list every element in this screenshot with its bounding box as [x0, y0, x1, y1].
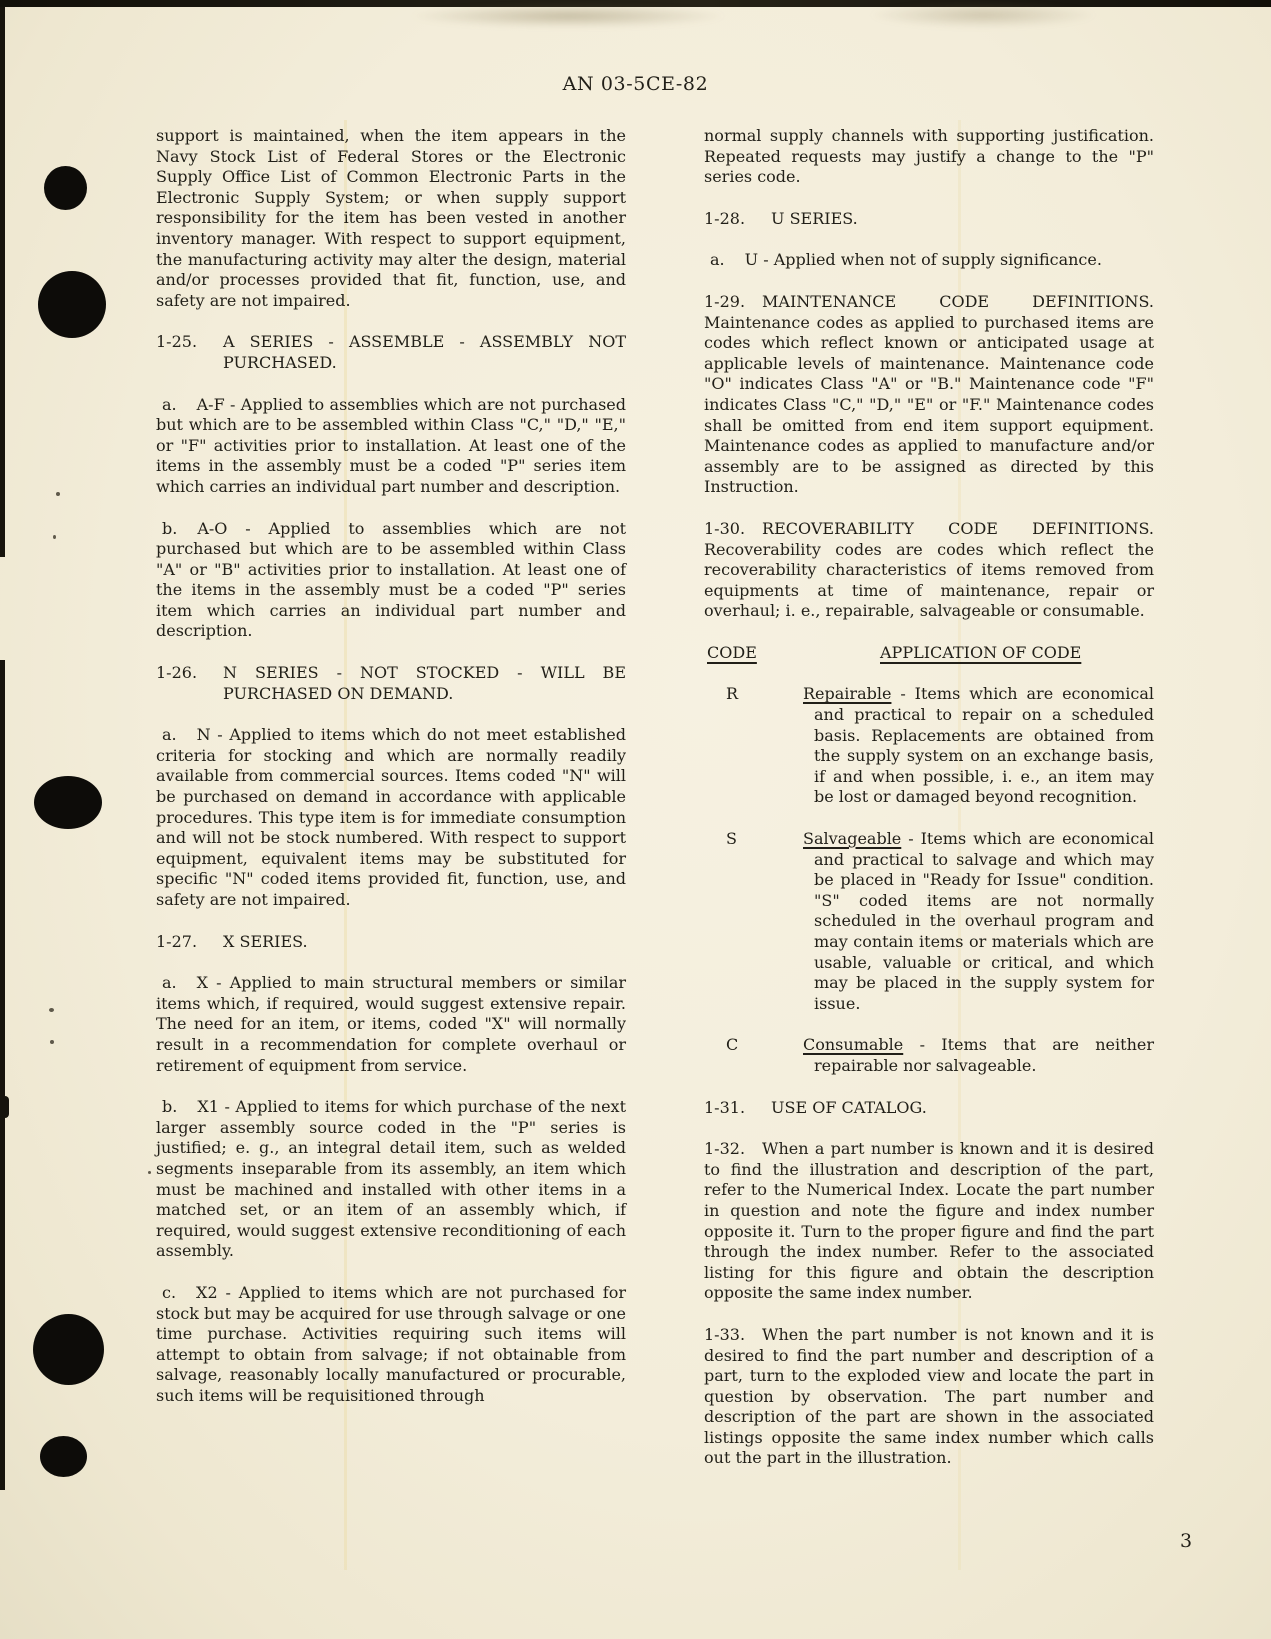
paragraph-label: a. — [162, 395, 177, 414]
scan-speck — [53, 535, 56, 539]
scan-smudge — [408, 4, 728, 28]
paragraph-text: X2 - Applied to items which are not purc… — [156, 1283, 626, 1405]
paragraph-1-33: 1-33.When the part number is not known a… — [704, 1325, 1154, 1469]
paragraph-1-26a: a.N - Applied to items which do not meet… — [156, 725, 626, 910]
code-letter: R — [704, 684, 803, 808]
section-heading-1-31: 1-31.USE OF CATALOG. — [704, 1098, 1154, 1119]
application-column-header: APPLICATION OF CODE — [880, 643, 1081, 664]
paragraph-number: 1-30. — [704, 519, 745, 538]
section-title: U SERIES. — [771, 209, 858, 228]
page-title: AN 03-5CE-82 — [0, 73, 1271, 95]
section-title: N SERIES - NOT STOCKED - WILL BE PURCHAS… — [223, 663, 626, 703]
paragraph-label: c. — [162, 1283, 176, 1302]
paragraph-text: A-O - Applied to assemblies which are no… — [156, 519, 626, 641]
section-title: X SERIES. — [223, 932, 308, 951]
section-number: 1-28. — [704, 209, 771, 230]
paragraph-1-28a: a.U - Applied when not of supply signifi… — [704, 250, 1154, 271]
code-column-header: CODE — [704, 643, 880, 664]
scan-speck — [148, 1171, 151, 1174]
code-term: Salvageable — [803, 829, 901, 848]
paragraph-number: 1-32. — [704, 1139, 745, 1158]
code-text: - Items which are economical and practic… — [814, 829, 1154, 1013]
section-number: 1-31. — [704, 1098, 771, 1119]
code-term: Repairable — [803, 684, 891, 703]
paragraph-number: 1-29. — [704, 292, 745, 311]
paragraph-1-27a: a.X - Applied to main structural members… — [156, 973, 626, 1076]
paragraph-text: MAINTENANCE CODE DEFINITIONS. Maintenanc… — [704, 292, 1154, 496]
code-letter: S — [704, 829, 803, 1014]
code-letter: C — [704, 1035, 803, 1076]
section-number: 1-25. — [156, 332, 223, 353]
page-number: 3 — [1180, 1530, 1192, 1552]
section-number: 1-27. — [156, 932, 223, 953]
document-page: AN 03-5CE-82 support is maintained, when… — [0, 0, 1271, 1639]
punch-hole — [44, 166, 87, 210]
scan-left-edge — [0, 660, 5, 1490]
paragraph-1-27b: b.X1 - Applied to items for which purcha… — [156, 1097, 626, 1262]
paragraph-text: A-F - Applied to assemblies which are no… — [156, 395, 626, 496]
code-description: Repairable - Items which are economical … — [803, 684, 1154, 808]
paragraph-label: b. — [162, 519, 177, 538]
paragraph-text: U - Applied when not of supply significa… — [745, 250, 1102, 269]
section-title: USE OF CATALOG. — [771, 1098, 927, 1117]
scan-speck — [49, 1008, 54, 1012]
paragraph-label: b. — [162, 1097, 177, 1116]
section-heading-1-28: 1-28.U SERIES. — [704, 209, 1154, 230]
paragraph-label: a. — [162, 973, 177, 992]
punch-hole — [33, 1314, 104, 1385]
code-description: Consumable - Items that are neither repa… — [803, 1035, 1154, 1076]
paragraph-continuation: support is maintained, when the item app… — [156, 126, 626, 311]
scan-speck — [50, 1040, 54, 1044]
paragraph-1-30: 1-30.RECOVERABILITY CODE DEFINITIONS. Re… — [704, 519, 1154, 622]
code-description: Salvageable - Items which are economical… — [803, 829, 1154, 1014]
code-row-salvageable: S Salvageable - Items which are economic… — [704, 829, 1154, 1014]
right-column: normal supply channels with supporting j… — [704, 126, 1154, 1490]
paragraph-1-25b: b.A-O - Applied to assemblies which are … — [156, 519, 626, 643]
paragraph-continuation: normal supply channels with supporting j… — [704, 126, 1154, 188]
paragraph-1-27c: c.X2 - Applied to items which are not pu… — [156, 1283, 626, 1407]
scan-speck — [56, 492, 60, 496]
section-heading-1-27: 1-27.X SERIES. — [156, 932, 626, 953]
scan-smudge — [868, 2, 1098, 28]
punch-hole — [40, 1436, 87, 1477]
paragraph-1-29: 1-29.MAINTENANCE CODE DEFINITIONS. Maint… — [704, 292, 1154, 498]
punch-hole — [34, 776, 102, 829]
left-column: support is maintained, when the item app… — [156, 126, 626, 1427]
code-term: Consumable — [803, 1035, 903, 1054]
code-row-repairable: R Repairable - Items which are economica… — [704, 684, 1154, 808]
paragraph-text: X - Applied to main structural members o… — [156, 973, 626, 1074]
paragraph-text: N - Applied to items which do not meet e… — [156, 725, 626, 909]
punch-hole — [38, 271, 106, 338]
section-number: 1-26. — [156, 663, 223, 684]
paragraph-text: X1 - Applied to items for which purchase… — [156, 1097, 626, 1260]
paragraph-label: a. — [710, 250, 725, 269]
section-heading-1-25: 1-25.A SERIES - ASSEMBLE - ASSEMBLY NOT … — [156, 332, 626, 373]
paragraph-1-32: 1-32.When a part number is known and it … — [704, 1139, 1154, 1304]
code-table-header: CODE APPLICATION OF CODE — [704, 643, 1154, 664]
paragraph-text: RECOVERABILITY CODE DEFINITIONS. Recover… — [704, 519, 1154, 620]
scan-edge-mark — [0, 1096, 9, 1118]
section-title: A SERIES - ASSEMBLE - ASSEMBLY NOT PURCH… — [223, 332, 626, 372]
paragraph-1-25a: a.A-F - Applied to assemblies which are … — [156, 395, 626, 498]
paragraph-label: a. — [162, 725, 177, 744]
paragraph-text: When the part number is not known and it… — [704, 1325, 1154, 1468]
code-row-consumable: C Consumable - Items that are neither re… — [704, 1035, 1154, 1076]
paragraph-number: 1-33. — [704, 1325, 745, 1344]
section-heading-1-26: 1-26.N SERIES - NOT STOCKED - WILL BE PU… — [156, 663, 626, 704]
paragraph-text: When a part number is known and it is de… — [704, 1139, 1154, 1302]
